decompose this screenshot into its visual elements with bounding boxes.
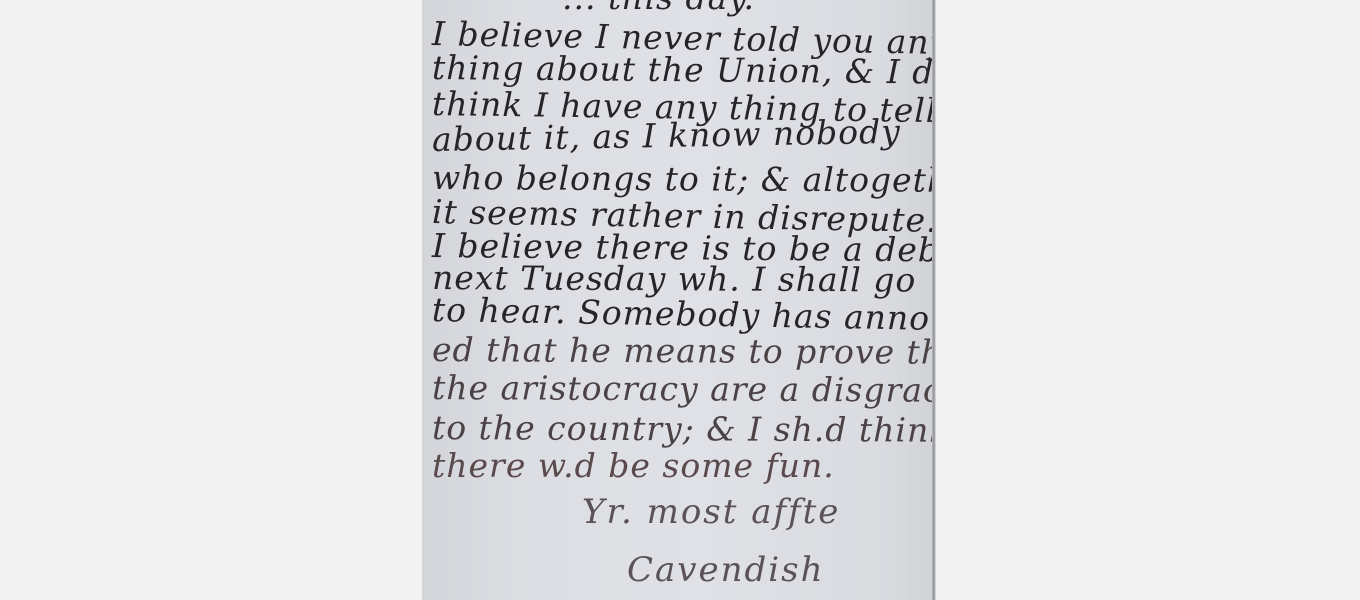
page-background: ... this day. I believe I never told you… <box>0 0 1360 600</box>
letter-line-0: ... this day. <box>562 0 755 17</box>
letter-line-11: the aristocracy are a disgrace <box>432 368 936 410</box>
letter-signature: Cavendish <box>627 550 825 590</box>
page-edge <box>932 0 936 600</box>
letter-line-13: there w.d be some fun. <box>432 446 835 485</box>
letter-line-10: ed that he means to prove that <box>432 330 936 372</box>
letter-line-4: about it, as I know nobody <box>432 112 901 159</box>
letter-closing: Yr. most affte <box>582 492 840 532</box>
letter-line-12: to the country; & I sh.d think <box>432 408 936 450</box>
letter-page: ... this day. I believe I never told you… <box>422 0 936 600</box>
